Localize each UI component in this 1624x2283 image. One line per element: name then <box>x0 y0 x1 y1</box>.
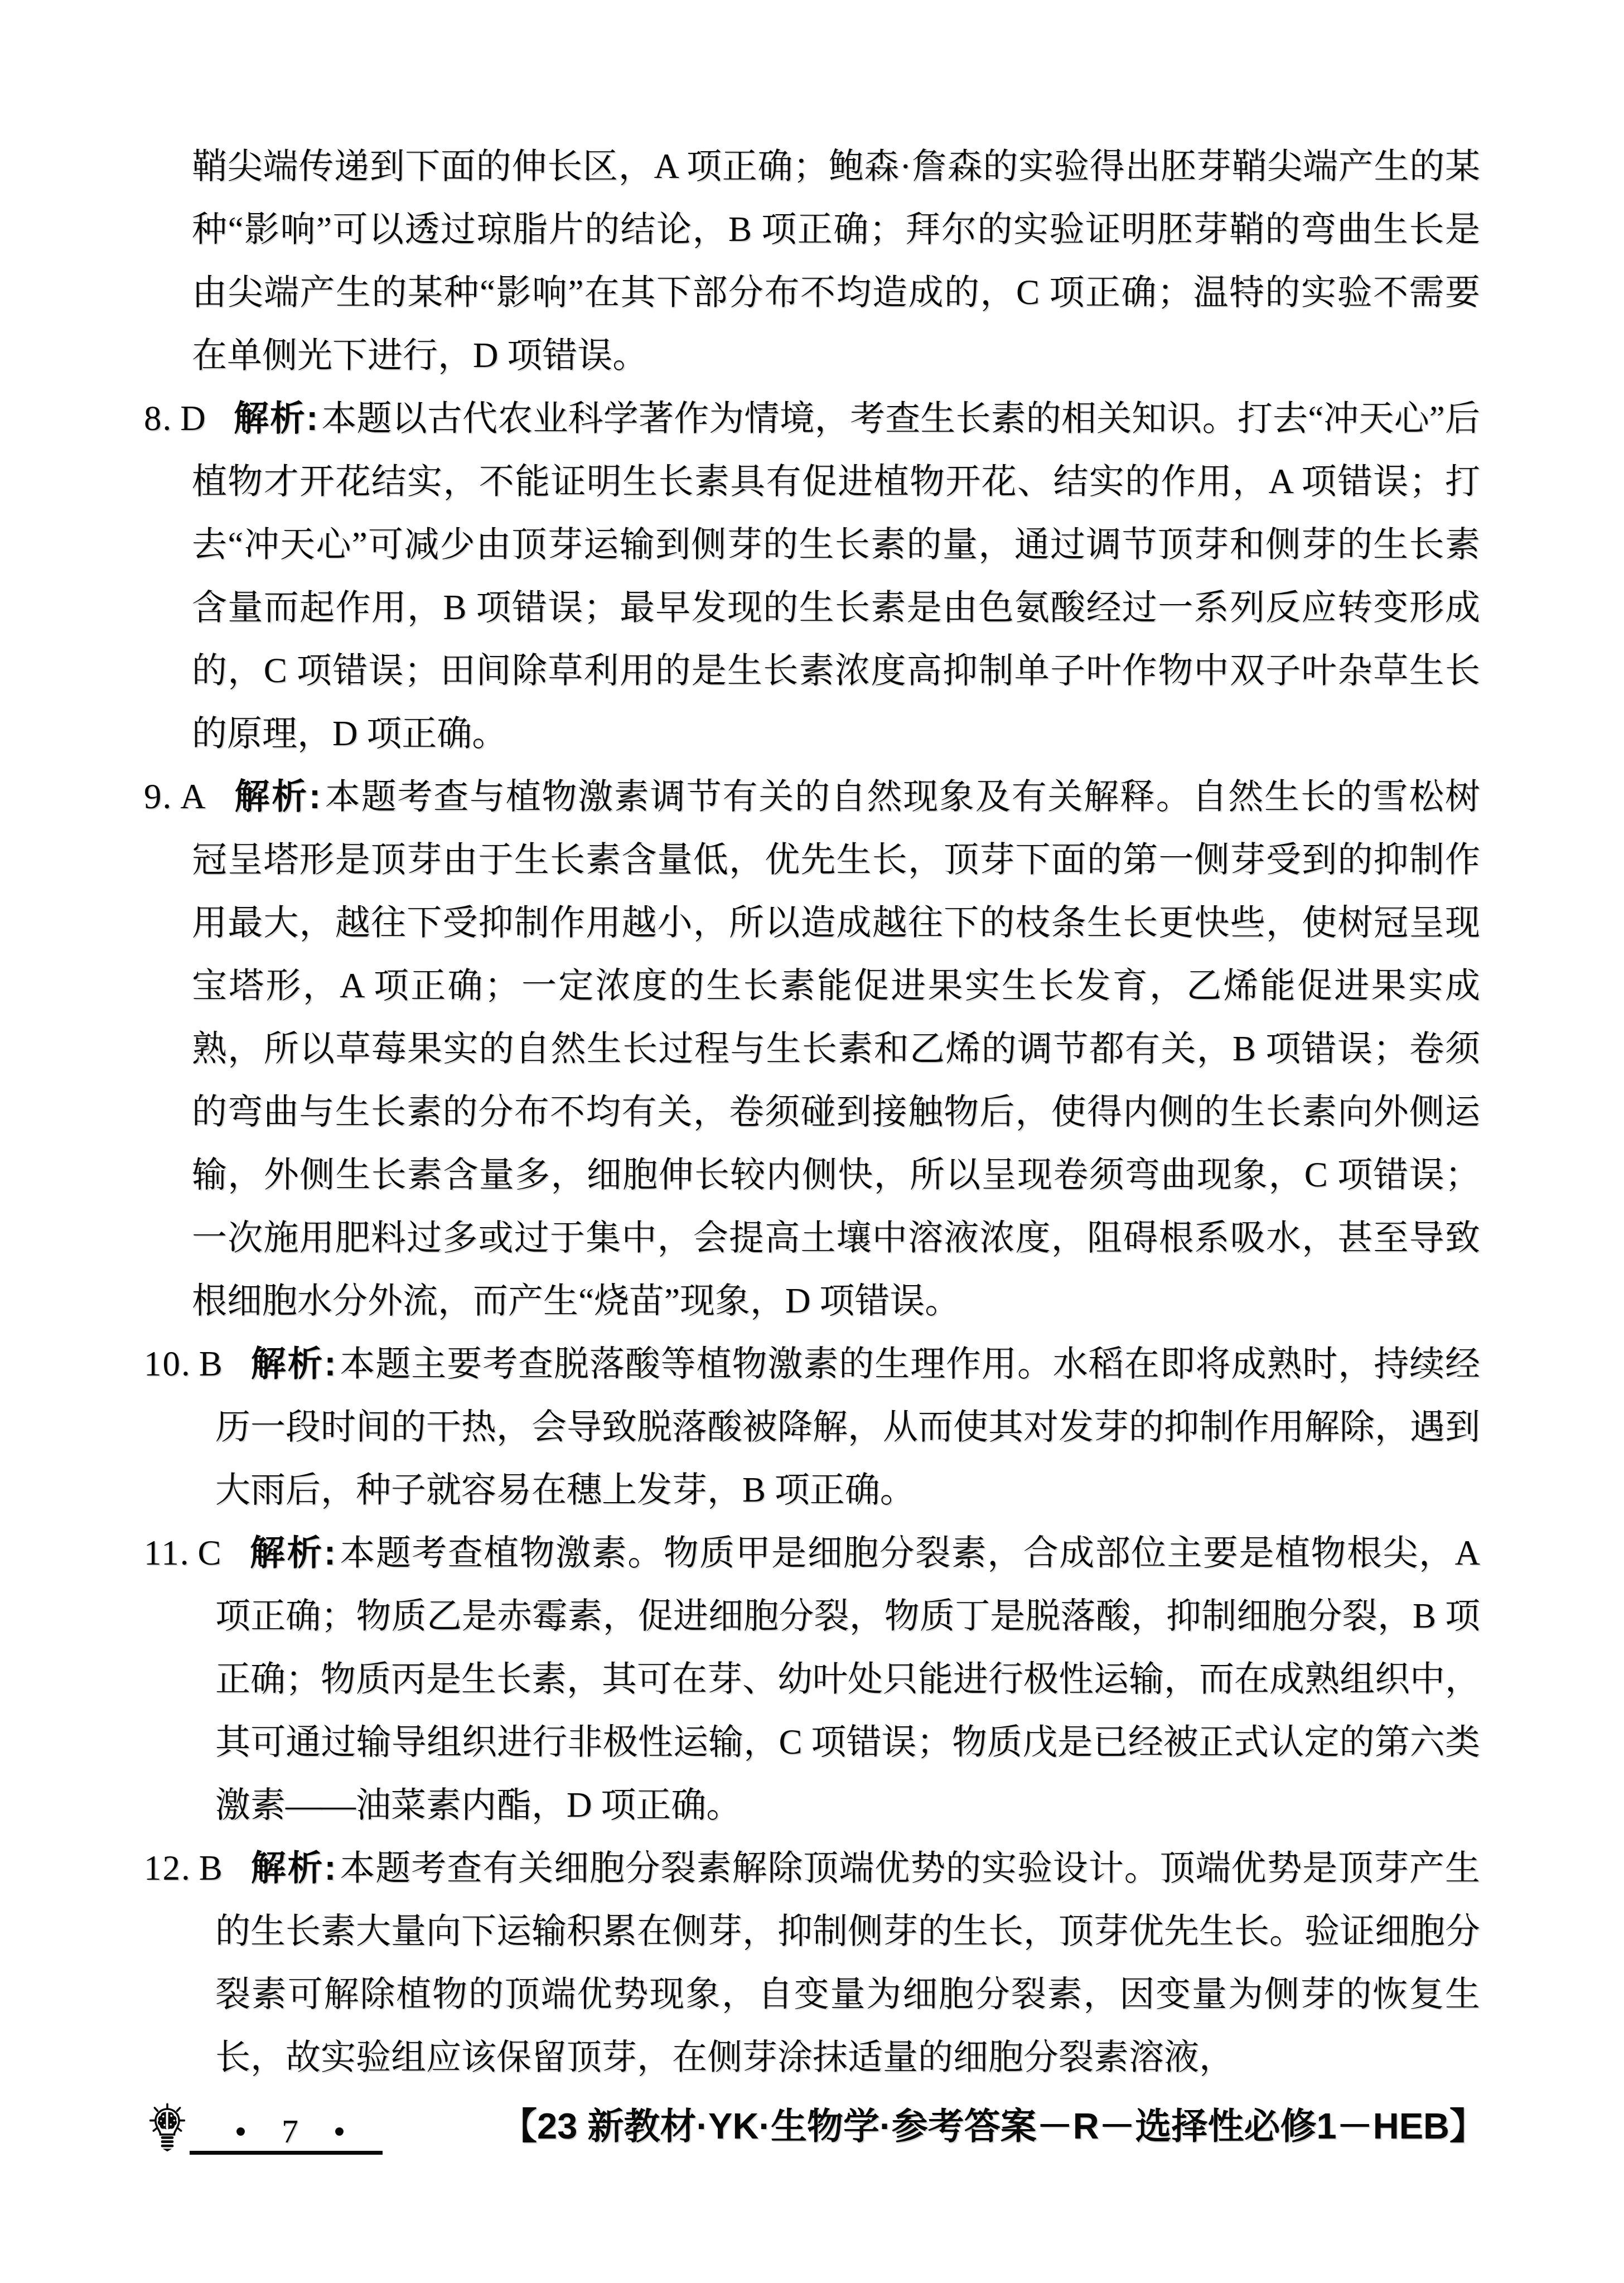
analysis-text: 本题以古代农业科学著作为情境，考查生长素的相关知识。打去“冲天心”后植物才开花结… <box>192 399 1480 753</box>
answer-letter: B <box>199 1848 223 1888</box>
answer-letter: A <box>180 777 206 816</box>
page-number-dot-icon <box>335 2127 344 2136</box>
page-number-dot-icon <box>236 2127 245 2136</box>
answer-item-8: 8.D解析:本题以古代农业科学著作为情境，考查生长素的相关知识。打去“冲天心”后… <box>144 387 1480 765</box>
answer-letter: D <box>180 399 206 438</box>
question-number: 10. <box>144 1344 191 1383</box>
page-number-block: 7 <box>236 2113 344 2150</box>
answers-section: 鞘尖端传递到下面的伸长区，A 项正确；鲍森·詹森的实验得出胚芽鞘尖端产生的某种“… <box>144 135 1480 2089</box>
answer-item-12: 12.B解析:本题考查有关细胞分裂素解除顶端优势的实验设计。顶端优势是顶芽产生的… <box>144 1837 1480 2089</box>
question-number: 9. <box>144 777 172 816</box>
analysis-label: 解析: <box>250 1848 337 1888</box>
analysis-text: 本题考查植物激素。物质甲是细胞分裂素，合成部位主要是植物根尖，A 项正确；物质乙… <box>215 1533 1480 1825</box>
analysis-label: 解析: <box>234 399 320 438</box>
analysis-label: 解析: <box>234 777 322 816</box>
answer-item-9: 9.A解析:本题考查与植物激素调节有关的自然现象及有关解释。自然生长的雪松树冠呈… <box>144 765 1480 1333</box>
page-number-underline <box>190 2151 383 2155</box>
previous-answer-continuation: 鞘尖端传递到下面的伸长区，A 项正确；鲍森·詹森的实验得出胚芽鞘尖端产生的某种“… <box>144 135 1480 387</box>
answer-item-10: 10.B解析:本题主要考查脱落酸等植物激素的生理作用。水稻在即将成熟时，持续经历… <box>144 1333 1480 1522</box>
question-number: 12. <box>144 1848 191 1888</box>
analysis-label: 解析: <box>249 1533 336 1572</box>
edition-label: 【23 新教材·YK·生物学·参考答案－R－选择性必修1－HEB】 <box>501 2104 1486 2149</box>
question-number: 8. <box>144 399 172 438</box>
analysis-label: 解析: <box>250 1344 337 1383</box>
analysis-text: 本题考查有关细胞分裂素解除顶端优势的实验设计。顶端优势是顶芽产生的生长素大量向下… <box>215 1848 1480 2077</box>
brain-lightbulb-icon <box>149 2103 185 2152</box>
question-number: 11. <box>144 1533 190 1572</box>
answer-key-page: 鞘尖端传递到下面的伸长区，A 项正确；鲍森·詹森的实验得出胚芽鞘尖端产生的某种“… <box>0 0 1624 2283</box>
analysis-text: 本题考查与植物激素调节有关的自然现象及有关解释。自然生长的雪松树冠呈塔形是顶芽由… <box>192 777 1480 1320</box>
page-number: 7 <box>282 2115 298 2148</box>
answer-letter: B <box>199 1344 223 1383</box>
answer-item-11: 11.C解析:本题考查植物激素。物质甲是细胞分裂素，合成部位主要是植物根尖，A … <box>144 1522 1480 1837</box>
answer-letter: C <box>197 1533 221 1572</box>
analysis-text: 本题主要考查脱落酸等植物激素的生理作用。水稻在即将成熟时，持续经历一段时间的干热… <box>215 1344 1480 1509</box>
